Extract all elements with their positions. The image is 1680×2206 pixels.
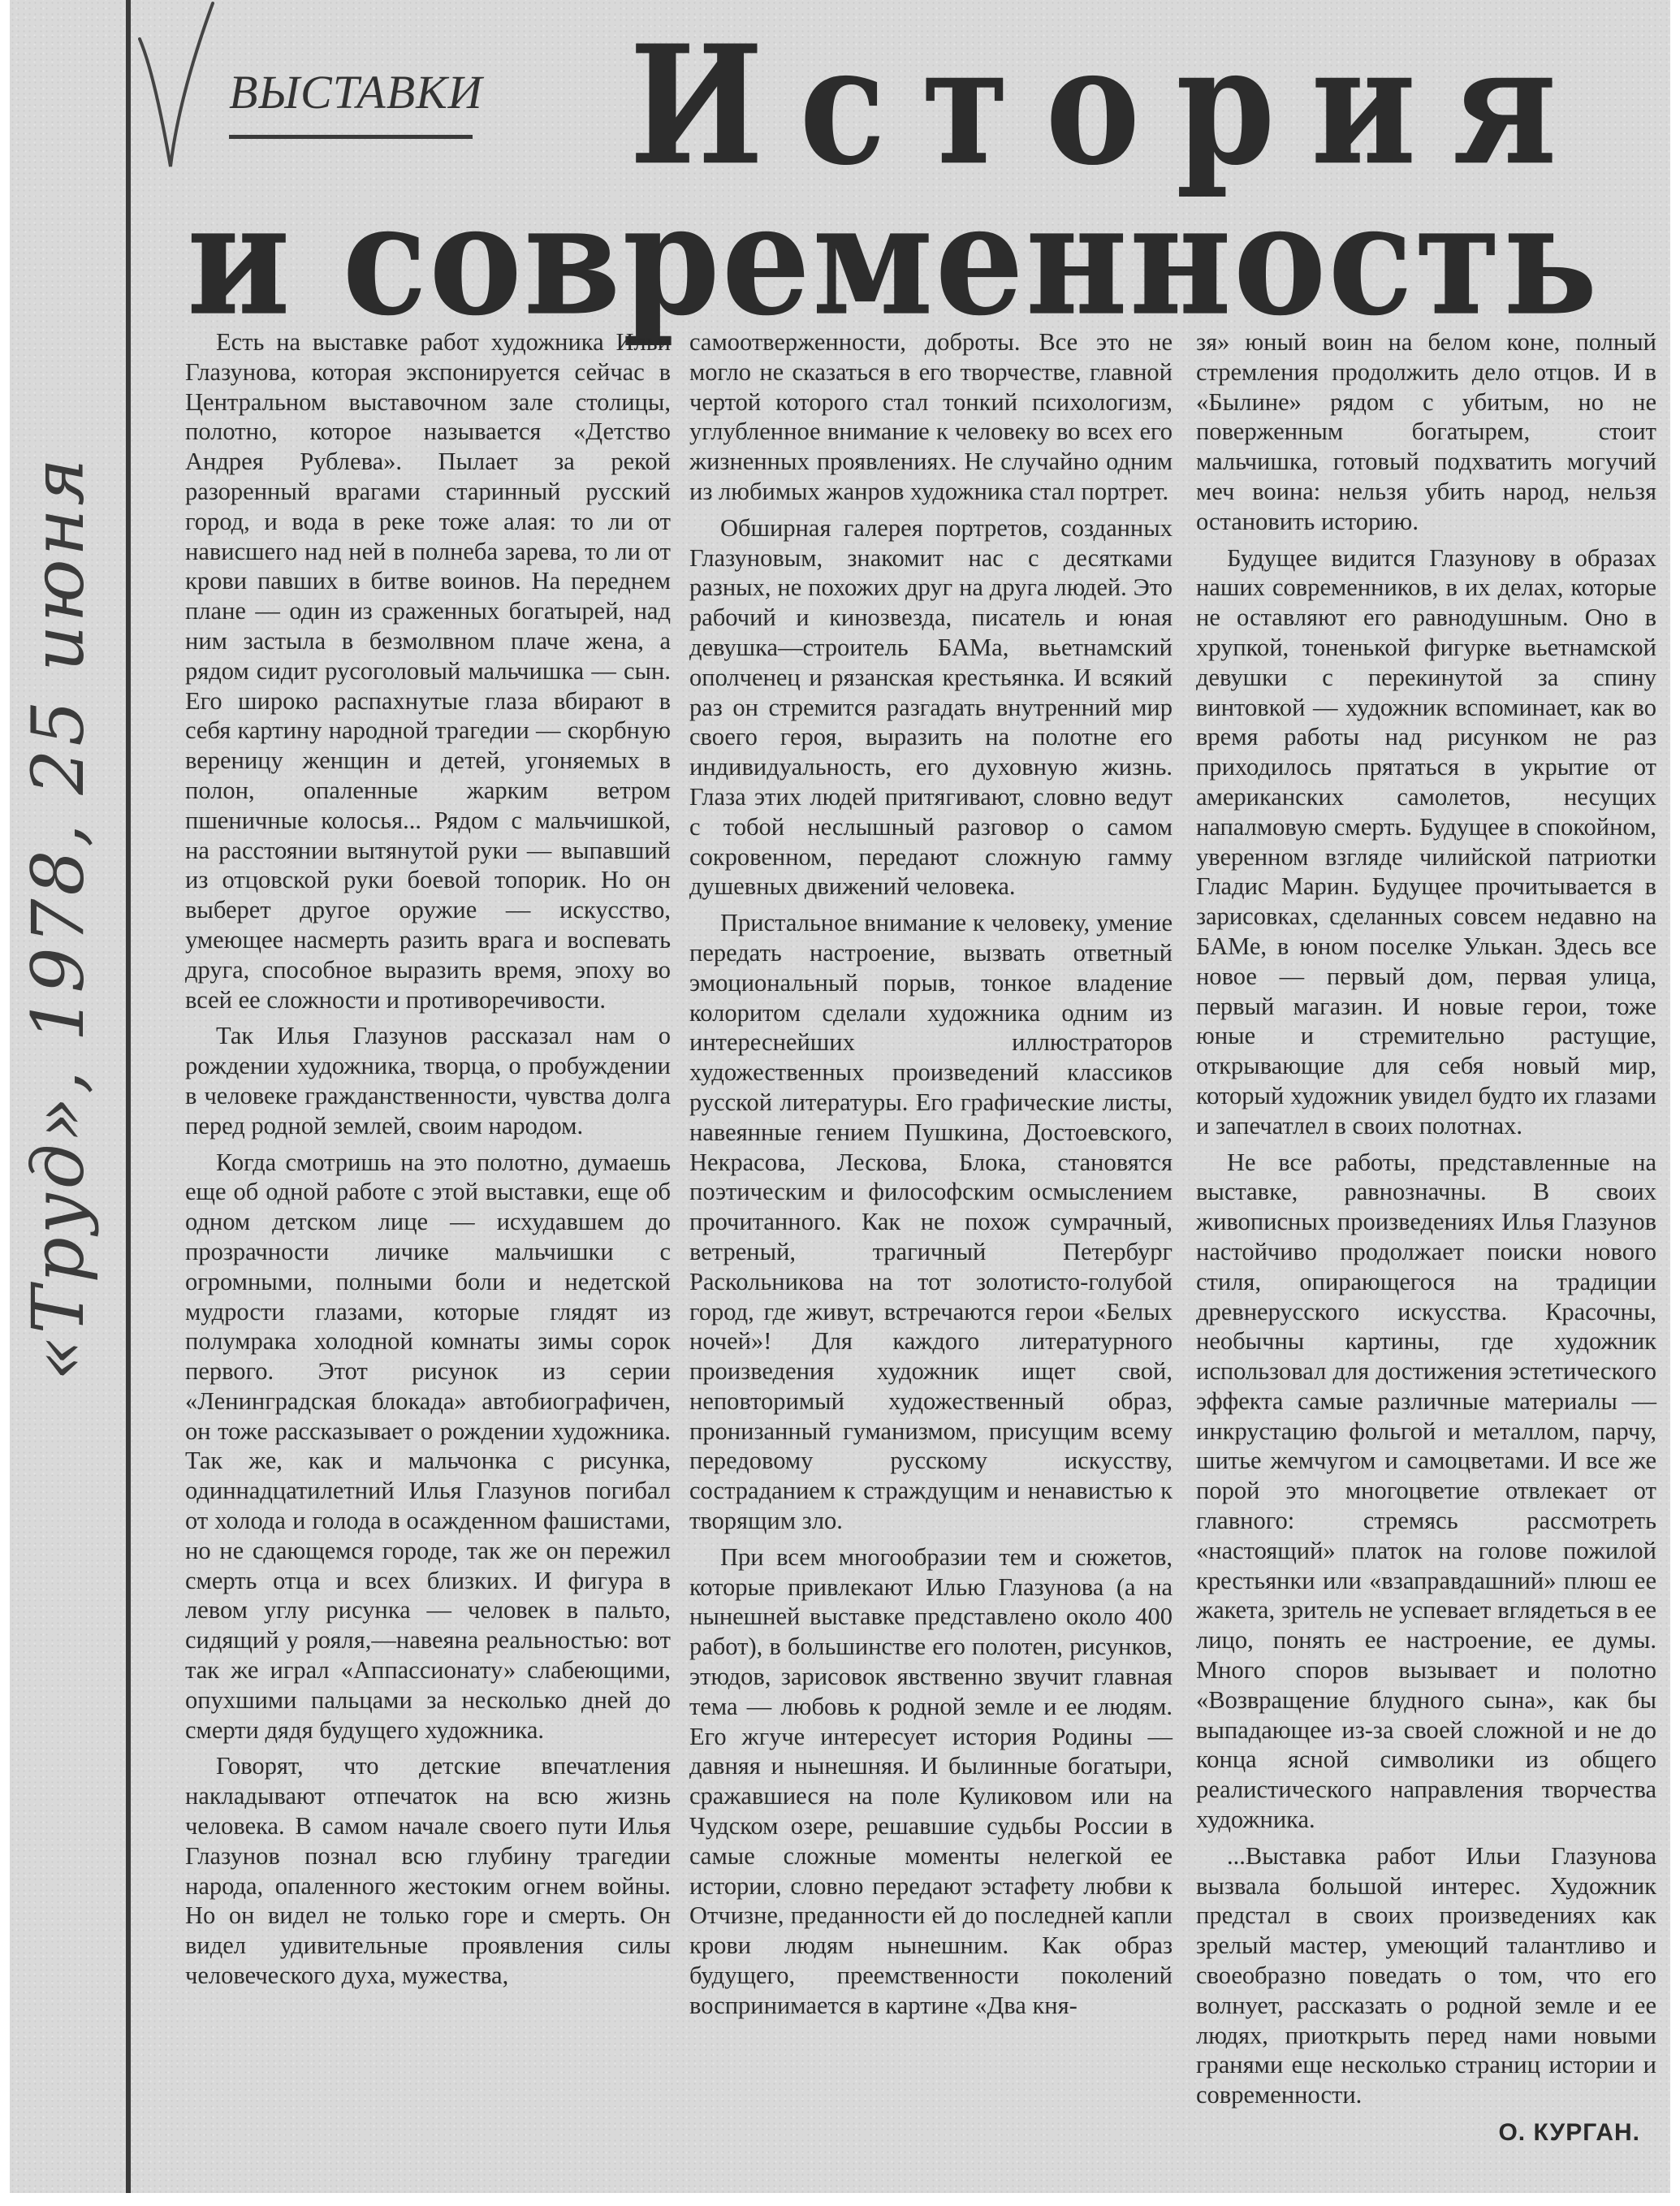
handwritten-checkmark-icon: [138, 0, 219, 179]
paragraph: ...Выставка работ Ильи Глазунова вызвала…: [1196, 1841, 1656, 2110]
article-column-3: зя» юный воин на белом коне, полный стре…: [1196, 327, 1656, 2148]
handwritten-source-note: «Труд», 1978, 25 июня: [16, 569, 114, 1381]
paragraph: самоотверженности, доброты. Все это не м…: [689, 327, 1173, 507]
paragraph: Будущее видится Глазунову в образах наши…: [1196, 543, 1656, 1141]
paragraph: Не все работы, представленные на выставк…: [1196, 1148, 1656, 1835]
article-column-1: Есть на выставке работ художника Ильи Гл…: [185, 327, 671, 1997]
paragraph: При всем многообразии тем и сюжетов, кот…: [689, 1542, 1173, 2021]
paragraph: зя» юный воин на белом коне, полный стре…: [1196, 327, 1656, 537]
section-rubric: ВЫСТАВКИ: [229, 65, 483, 119]
author-signature: О. КУРГАН.: [1196, 2118, 1656, 2148]
column-rule: [126, 0, 131, 2193]
article-column-2: самоотверженности, доброты. Все это не м…: [689, 327, 1173, 2027]
paragraph: Пристальное внимание к человеку, умение …: [689, 908, 1173, 1536]
paragraph: Есть на выставке работ художника Ильи Гл…: [185, 327, 671, 1014]
paragraph: Когда смотришь на это полотно, думаешь е…: [185, 1148, 671, 1745]
headline-line-2: и современность: [187, 183, 1600, 336]
paragraph: Говорят, что детские впечатления наклады…: [185, 1751, 671, 1990]
paragraph: Так Илья Глазунов рассказал нам о рожден…: [185, 1021, 671, 1140]
paragraph: Обширная галерея портретов, созданных Гл…: [689, 513, 1173, 902]
rubric-underline: [229, 135, 473, 139]
headline-line-1: История: [629, 24, 1593, 188]
